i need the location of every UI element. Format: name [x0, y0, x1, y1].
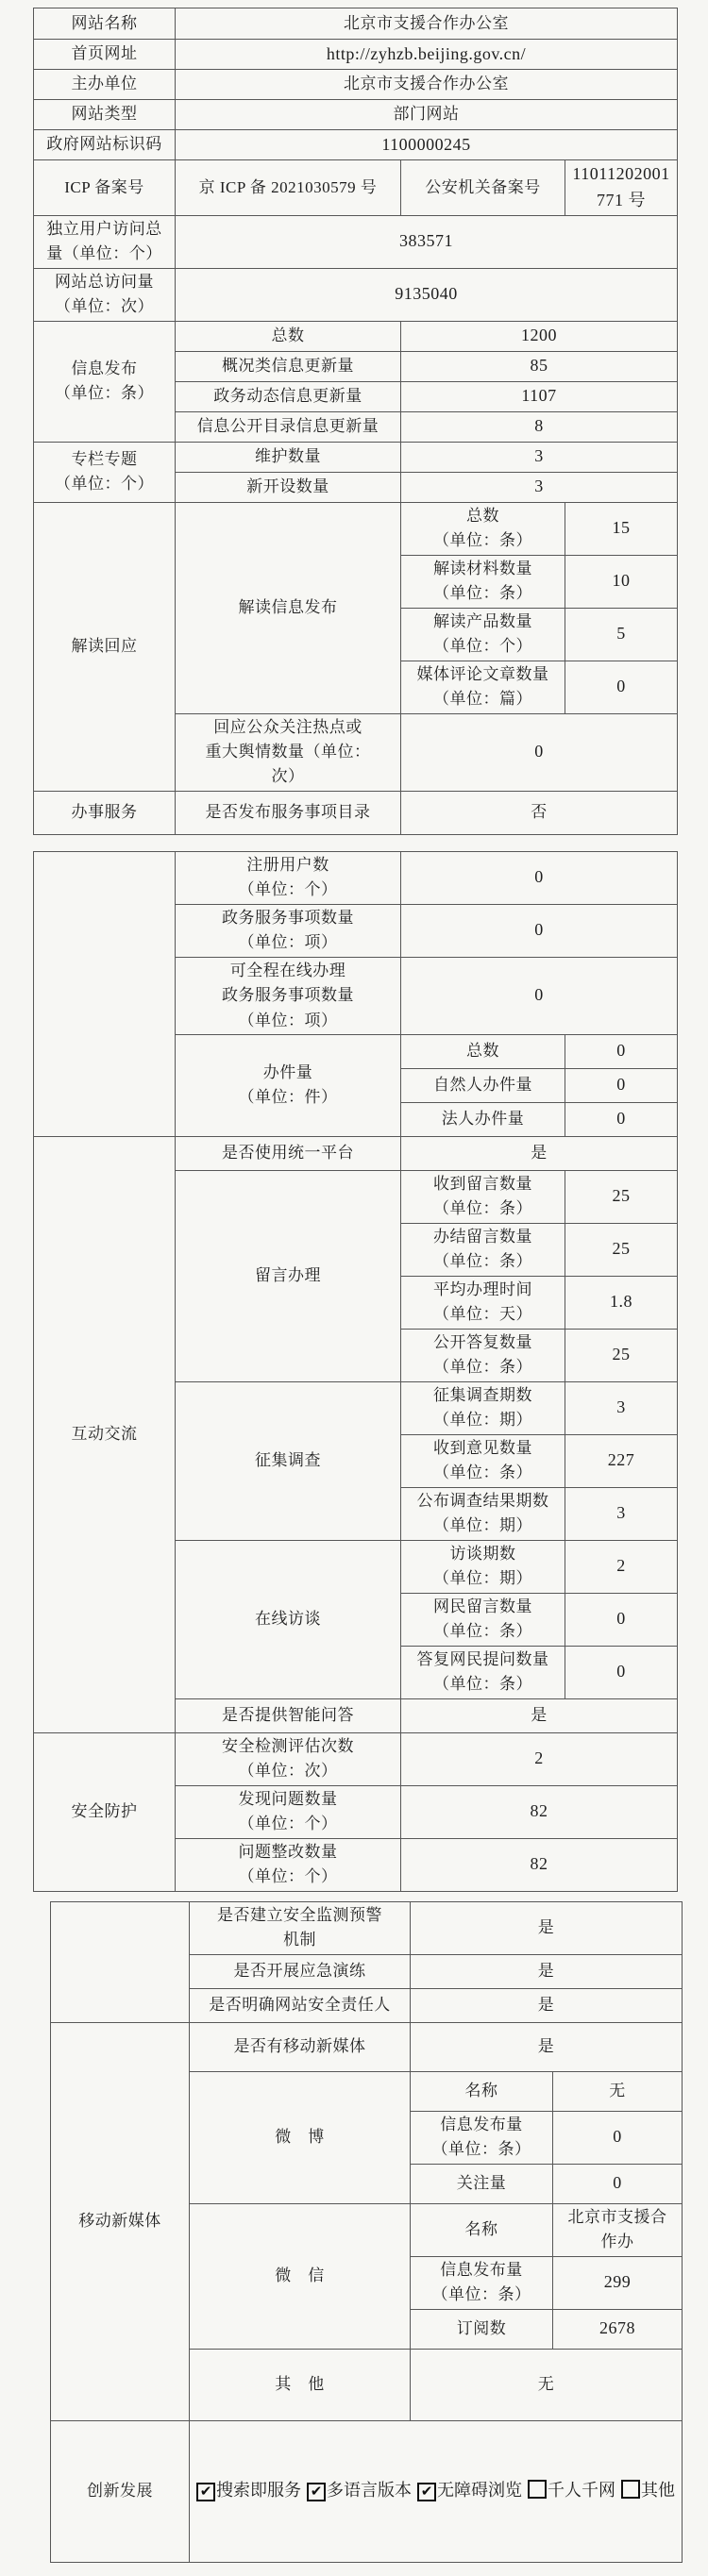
service-catalog-label: 是否发布服务事项目录	[176, 791, 401, 834]
report-page: { "basic_info": { "site_name_label": "网站…	[0, 8, 708, 2576]
checkbox-label: 千人千网	[548, 2481, 615, 2500]
message-row-label: 公开答复数量 （单位：条）	[401, 1329, 565, 1381]
info-publish-row-value: 85	[401, 351, 678, 381]
info-publish-row-value: 8	[401, 411, 678, 442]
security-row-value: 2	[401, 1732, 678, 1785]
survey-row-label: 公布调查结果期数 （单位：期）	[401, 1487, 565, 1540]
icp-value: 京 ICP 备 2021030579 号	[176, 160, 401, 216]
homepage-label: 首页网址	[34, 40, 176, 70]
message-row-label: 平均办理时间 （单位：天）	[401, 1276, 565, 1329]
security-row-value: 82	[401, 1838, 678, 1891]
security-drill-value: 是	[411, 1954, 683, 1988]
info-publish-row-label: 政务动态信息更新量	[176, 381, 401, 411]
service-catalog-value: 否	[401, 791, 678, 834]
service-interaction-table: 注册用户数 （单位：个） 0 政务服务事项数量 （单位：项） 0 可全程在线办理…	[33, 851, 678, 1892]
wechat-row-value: 299	[553, 2256, 683, 2309]
weibo-row-value: 0	[553, 2111, 683, 2164]
interview-row-value: 0	[565, 1593, 678, 1646]
basic-info-table: 网站名称 北京市支援合作办公室 首页网址 http://zyhzb.beijin…	[33, 8, 678, 835]
weibo-label: 微 博	[190, 2071, 411, 2203]
case-volume-row-value: 0	[565, 1068, 678, 1102]
has-mobile-media-value: 是	[411, 2022, 683, 2071]
special-columns-row-value: 3	[401, 472, 678, 502]
security-monitor-value: 是	[411, 1901, 683, 1954]
info-publish-row-label: 概况类信息更新量	[176, 351, 401, 381]
icp-label: ICP 备案号	[34, 160, 176, 216]
message-handling-label: 留言办理	[176, 1170, 401, 1381]
registered-users-label: 注册用户数 （单位：个）	[176, 851, 401, 904]
security-row-label: 安全检测评估次数 （单位：次）	[176, 1732, 401, 1785]
survey-label: 征集调查	[176, 1381, 401, 1540]
interpretation-row-value: 15	[565, 502, 678, 555]
weibo-row-value: 0	[553, 2164, 683, 2203]
checkbox-multilingual: ✔	[307, 2483, 326, 2501]
survey-row-value: 3	[565, 1487, 678, 1540]
survey-row-value: 3	[565, 1381, 678, 1434]
online-items-label: 可全程在线办理 政务服务事项数量 （单位：项）	[176, 957, 401, 1034]
smart-qa-label: 是否提供智能问答	[176, 1698, 401, 1732]
other-media-label: 其 他	[190, 2349, 411, 2420]
interpretation-row-value: 0	[565, 661, 678, 713]
security-monitor-label: 是否建立安全监测预警 机制	[190, 1901, 411, 1954]
wechat-row-value: 2678	[553, 2309, 683, 2349]
site-name-value: 北京市支援合作办公室	[176, 8, 678, 40]
service-items-value: 0	[401, 904, 678, 957]
wechat-row-label: 名称	[411, 2203, 553, 2256]
total-visits-label: 网站总访问量 （单位：次）	[34, 268, 176, 321]
message-row-label: 办结留言数量 （单位：条）	[401, 1223, 565, 1276]
message-row-value: 1.8	[565, 1276, 678, 1329]
police-record-label: 公安机关备案号	[401, 160, 565, 216]
unique-visitors-value: 383571	[176, 215, 678, 268]
info-publish-row-label: 信息公开目录信息更新量	[176, 411, 401, 442]
security-owner-label: 是否明确网站安全责任人	[190, 1988, 411, 2022]
survey-row-value: 227	[565, 1434, 678, 1487]
interpretation-row-value: 5	[565, 608, 678, 661]
case-volume-row-value: 0	[565, 1102, 678, 1136]
weibo-row-value: 无	[553, 2071, 683, 2111]
wechat-label: 微 信	[190, 2203, 411, 2349]
checkbox-label: 多语言版本	[327, 2481, 412, 2500]
message-row-value: 25	[565, 1329, 678, 1381]
security-category: 安全防护	[34, 1732, 176, 1891]
homepage-url: http://zyhzb.beijing.gov.cn/	[176, 40, 678, 70]
interpretation-category: 解读回应	[34, 502, 176, 791]
public-response-value: 0	[401, 713, 678, 791]
service-category: 办事服务	[34, 791, 176, 834]
weibo-row-label: 名称	[411, 2071, 553, 2111]
interpretation-row-label: 解读产品数量 （单位：个）	[401, 608, 565, 661]
interpretation-row-value: 10	[565, 555, 678, 608]
online-items-value: 0	[401, 957, 678, 1034]
case-volume-row-label: 自然人办件量	[401, 1068, 565, 1102]
checkbox-label: 无障碍浏览	[437, 2481, 522, 2500]
site-id-label: 政府网站标识码	[34, 130, 176, 160]
security-row-label: 问题整改数量 （单位：个）	[176, 1838, 401, 1891]
organizer-label: 主办单位	[34, 70, 176, 100]
smart-qa-value: 是	[401, 1698, 678, 1732]
checkbox-personalized	[528, 2480, 547, 2499]
info-publish-category: 信息发布 （单位：条）	[34, 321, 176, 442]
interview-row-value: 2	[565, 1540, 678, 1593]
weibo-row-label: 关注量	[411, 2164, 553, 2203]
case-volume-row-label: 法人办件量	[401, 1102, 565, 1136]
wechat-row-label: 订阅数	[411, 2309, 553, 2349]
interaction-category: 互动交流	[34, 1136, 176, 1732]
security-owner-value: 是	[411, 1988, 683, 2022]
special-columns-row-label: 新开设数量	[176, 472, 401, 502]
police-record-value: 11011202001 771 号	[565, 160, 678, 216]
registered-users-value: 0	[401, 851, 678, 904]
special-columns-category: 专栏专题 （单位：个）	[34, 442, 176, 502]
security-row-label: 发现问题数量 （单位：个）	[176, 1785, 401, 1838]
site-id-value: 1100000245	[176, 130, 678, 160]
special-columns-row-value: 3	[401, 442, 678, 472]
wechat-row-label: 信息发布量 （单位：条）	[411, 2256, 553, 2309]
case-volume-row-label: 总数	[401, 1034, 565, 1068]
info-publish-row-label: 总数	[176, 321, 401, 351]
service-items-label: 政务服务事项数量 （单位：项）	[176, 904, 401, 957]
checkbox-label: 搜索即服务	[216, 2481, 301, 2500]
mobile-media-category: 移动新媒体	[51, 2022, 190, 2420]
site-type-value: 部门网站	[176, 100, 678, 130]
interview-row-label: 网民留言数量 （单位：条）	[401, 1593, 565, 1646]
public-response-label: 回应公众关注热点或 重大舆情数量（单位： 次）	[176, 713, 401, 791]
survey-row-label: 征集调查期数 （单位：期）	[401, 1381, 565, 1434]
unified-platform-label: 是否使用统一平台	[176, 1136, 401, 1170]
interview-row-label: 答复网民提问数量 （单位：条）	[401, 1646, 565, 1698]
site-name-label: 网站名称	[34, 8, 176, 40]
interpretation-row-label: 媒体评论文章数量 （单位：篇）	[401, 661, 565, 713]
interview-row-value: 0	[565, 1646, 678, 1698]
other-media-value: 无	[411, 2349, 683, 2420]
interpretation-publish-label: 解读信息发布	[176, 502, 401, 713]
checkbox-label: 其他	[641, 2481, 675, 2500]
case-volume-row-value: 0	[565, 1034, 678, 1068]
weibo-row-label: 信息发布量 （单位：条）	[411, 2111, 553, 2164]
security-row-value: 82	[401, 1785, 678, 1838]
interpretation-row-label: 总数 （单位：条）	[401, 502, 565, 555]
checkbox-search-as-service: ✔	[196, 2483, 215, 2501]
info-publish-row-value: 1200	[401, 321, 678, 351]
message-row-value: 25	[565, 1170, 678, 1223]
interview-label: 在线访谈	[176, 1540, 401, 1698]
innovation-category: 创新发展	[51, 2420, 190, 2562]
wechat-row-value: 北京市支援合 作办	[553, 2203, 683, 2256]
total-visits-value: 9135040	[176, 268, 678, 321]
info-publish-row-value: 1107	[401, 381, 678, 411]
empty-category-cell	[34, 851, 176, 1136]
checkbox-accessibility: ✔	[417, 2483, 436, 2501]
case-volume-label: 办件量 （单位：件）	[176, 1034, 401, 1136]
unique-visitors-label: 独立用户访问总 量（单位：个）	[34, 215, 176, 268]
security-media-table: 是否建立安全监测预警 机制 是 是否开展应急演练 是 是否明确网站安全责任人 是…	[50, 1901, 683, 2563]
site-type-label: 网站类型	[34, 100, 176, 130]
special-columns-row-label: 维护数量	[176, 442, 401, 472]
message-row-label: 收到留言数量 （单位：条）	[401, 1170, 565, 1223]
innovation-options: ✔搜索即服务✔多语言版本✔无障碍浏览千人千网其他	[190, 2420, 683, 2562]
message-row-value: 25	[565, 1223, 678, 1276]
has-mobile-media-label: 是否有移动新媒体	[190, 2022, 411, 2071]
interview-row-label: 访谈期数 （单位：期）	[401, 1540, 565, 1593]
unified-platform-value: 是	[401, 1136, 678, 1170]
checkbox-other	[621, 2480, 640, 2499]
organizer-value: 北京市支援合作办公室	[176, 70, 678, 100]
empty-category-cell	[51, 1901, 190, 2022]
interpretation-row-label: 解读材料数量 （单位：条）	[401, 555, 565, 608]
survey-row-label: 收到意见数量 （单位：条）	[401, 1434, 565, 1487]
security-drill-label: 是否开展应急演练	[190, 1954, 411, 1988]
